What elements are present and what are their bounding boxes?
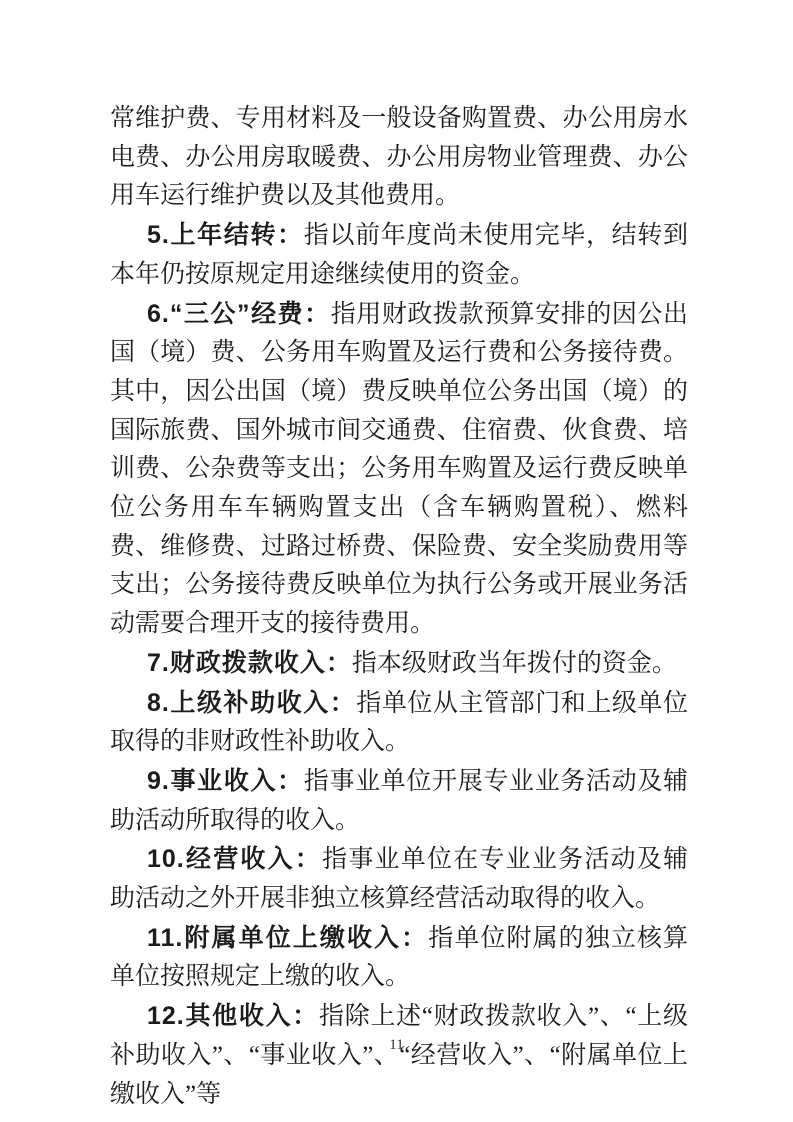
- paragraph-head: 12.其他收入：: [147, 1002, 319, 1030]
- paragraph-head: 9.事业收入：: [147, 767, 304, 795]
- paragraph-text: 常维护费、专用材料及一般设备购置费、办公用房水电费、办公用房取暖费、办公用房物业…: [110, 105, 688, 209]
- paragraph-head: 5.上年结转：: [147, 221, 304, 249]
- paragraph-head: 7.财政拨款收入：: [147, 649, 352, 677]
- paragraph-head: 11.附属单位上缴收入：: [147, 924, 428, 952]
- paragraph-head: 6.“三公”经费：: [147, 300, 331, 328]
- paragraph-head: 10.经营收入：: [147, 845, 322, 873]
- paragraph: 12.其他收入：指除上述“财政拨款收入”、“上级补助收入”、“事业收入”、“经营…: [110, 997, 688, 1114]
- paragraph: 10.经营收入：指事业单位在专业业务活动及辅助活动之外开展非独立核算经营活动取得…: [110, 840, 688, 918]
- page-number: 11: [0, 1037, 793, 1054]
- paragraph-text: 指本级财政当年拨付的资金。: [352, 650, 677, 677]
- paragraph: 8.上级补助收入：指单位从主管部门和上级单位取得的非财政性补助收入。: [110, 684, 688, 762]
- paragraph-text: 指用财政拨款预算安排的因公出国（境）费、公务用车购置及运行费和公务接待费。其中，…: [110, 301, 688, 638]
- paragraph: 9.事业收入：指事业单位开展专业业务活动及辅助活动所取得的收入。: [110, 762, 688, 840]
- document-page: 常维护费、专用材料及一般设备购置费、办公用房水电费、办公用房取暖费、办公用房物业…: [0, 0, 793, 1122]
- paragraph: 11.附属单位上缴收入：指单位附属的独立核算单位按照规定上缴的收入。: [110, 919, 688, 997]
- paragraph: 5.上年结转：指以前年度尚未使用完毕，结转到本年仍按原规定用途继续使用的资金。: [110, 216, 688, 294]
- paragraph: 常维护费、专用材料及一般设备购置费、办公用房水电费、办公用房取暖费、办公用房物业…: [110, 100, 688, 216]
- paragraph: 6.“三公”经费：指用财政拨款预算安排的因公出国（境）费、公务用车购置及运行费和…: [110, 295, 688, 644]
- document-body: 常维护费、专用材料及一般设备购置费、办公用房水电费、办公用房取暖费、办公用房物业…: [110, 100, 688, 1114]
- paragraph: 7.财政拨款收入：指本级财政当年拨付的资金。: [110, 644, 688, 684]
- paragraph-head: 8.上级补助收入：: [147, 689, 356, 717]
